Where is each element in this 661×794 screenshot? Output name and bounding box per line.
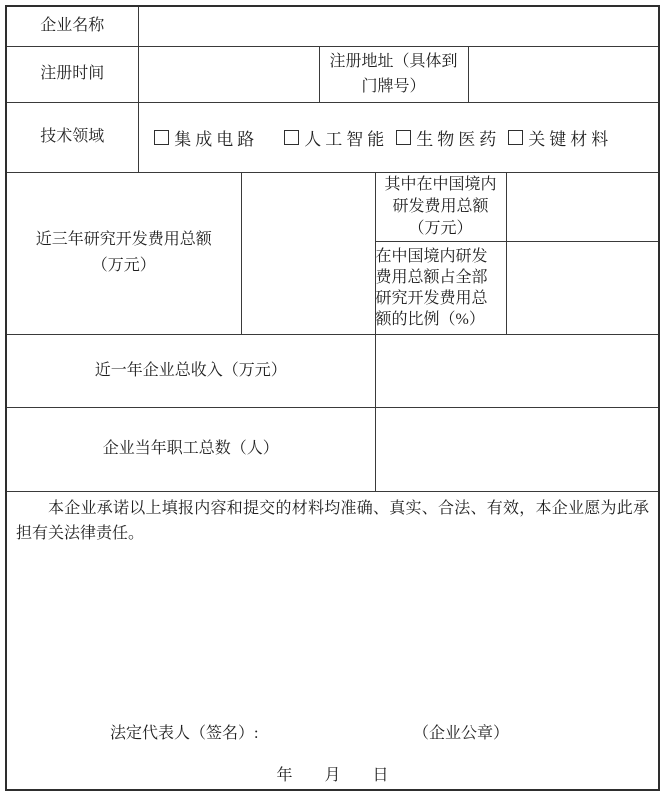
row-company-name: 企业名称 (6, 6, 659, 46)
registered-address-label: 注册地址（具体到 门牌号） (319, 46, 468, 102)
row-commitment: 本企业承诺以上填报内容和提交的材料均准确、真实、合法、有效，本企业愿为此承担有关… (6, 491, 659, 790)
option-label: 人工智能 (304, 125, 388, 150)
rd-domestic-label: 其中在中国境内 研发费用总额 （万元） (375, 172, 506, 241)
row-registration: 注册时间 注册地址（具体到 门牌号） (6, 46, 659, 102)
option-key-materials[interactable]: 关键材料 (508, 125, 612, 150)
tech-field-options: 集成电路 人工智能 生物医药 关键材料 (139, 125, 659, 150)
rd-domestic-value-cell[interactable] (506, 172, 659, 241)
rd-expense-label: 近三年研究开发费用总额 （万元） (6, 172, 241, 334)
option-label: 关键材料 (528, 125, 612, 150)
company-seal-label: （企业公章） (413, 720, 509, 743)
option-label: 生物医药 (416, 125, 500, 150)
tech-field-label: 技术领域 (6, 102, 138, 172)
option-artificial-intelligence[interactable]: 人工智能 (284, 125, 388, 150)
option-label: 集成电路 (174, 125, 258, 150)
registration-time-value-cell[interactable] (138, 46, 319, 102)
company-name-value-cell[interactable] (138, 6, 659, 46)
tech-field-options-cell: 集成电路 人工智能 生物医药 关键材料 (138, 102, 659, 172)
employees-label: 企业当年职工总数（人） (6, 407, 375, 491)
row-tech-field: 技术领域 集成电路 人工智能 生物医药 关键材料 (6, 102, 659, 172)
rd-expense-value-cell[interactable] (241, 172, 375, 334)
checkbox-icon[interactable] (396, 130, 411, 145)
commitment-text: 本企业承诺以上填报内容和提交的材料均准确、真实、合法、有效，本企业愿为此承担有关… (16, 496, 649, 546)
commitment-cell: 本企业承诺以上填报内容和提交的材料均准确、真实、合法、有效，本企业愿为此承担有关… (6, 491, 659, 790)
date-line: 年 月 日 (7, 762, 658, 785)
rd-ratio-value-cell[interactable] (506, 241, 659, 334)
company-name-label: 企业名称 (6, 6, 138, 46)
application-form-table: 企业名称 注册时间 注册地址（具体到 门牌号） 技术领域 集成电路 人工智能 (5, 5, 660, 791)
rd-ratio-label: 在中国境内研发 费用总额占全部 研究开发费用总 额的比例（%） (375, 241, 506, 334)
row-revenue: 近一年企业总收入（万元） (6, 334, 659, 407)
row-employees: 企业当年职工总数（人） (6, 407, 659, 491)
revenue-label: 近一年企业总收入（万元） (6, 334, 375, 407)
checkbox-icon[interactable] (508, 130, 523, 145)
registration-time-label: 注册时间 (6, 46, 138, 102)
revenue-value-cell[interactable] (375, 334, 659, 407)
row-rd-expense: 近三年研究开发费用总额 （万元） 其中在中国境内 研发费用总额 （万元） (6, 172, 659, 241)
legal-representative-signature-label: 法定代表人（签名）: (110, 720, 258, 743)
employees-value-cell[interactable] (375, 407, 659, 491)
checkbox-icon[interactable] (154, 130, 169, 145)
option-integrated-circuits[interactable]: 集成电路 (154, 125, 258, 150)
registered-address-value-cell[interactable] (468, 46, 659, 102)
option-biomedicine[interactable]: 生物医药 (396, 125, 500, 150)
checkbox-icon[interactable] (284, 130, 299, 145)
